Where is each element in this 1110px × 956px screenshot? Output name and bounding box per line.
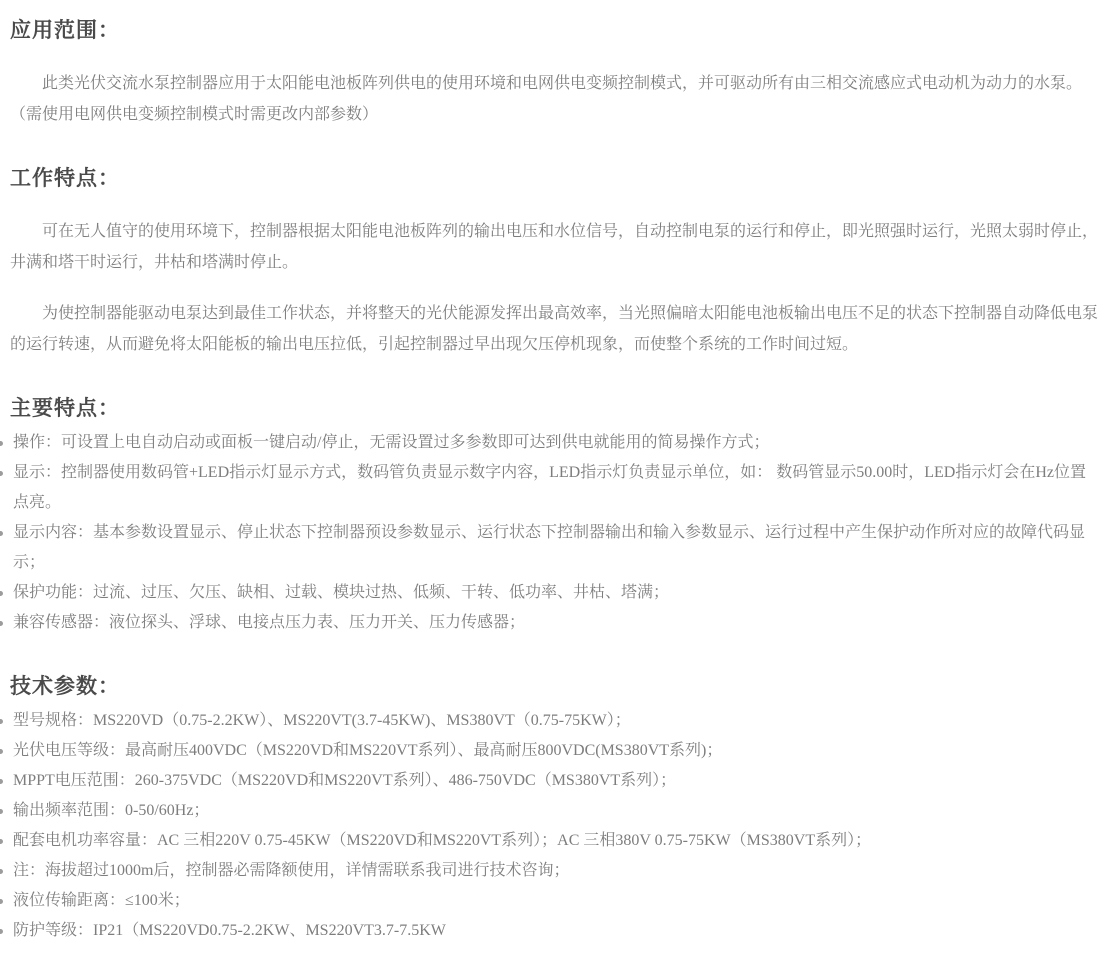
section-technical-parameters: 技术参数：型号规格：MS220VD（0.75-2.2KW）、MS220VT(3.… [0, 672, 1098, 946]
list-item-text: MPPT电压范围：260-375VDC（MS220VD和MS220VT系列）、4… [13, 772, 676, 789]
list-item: 型号规格：MS220VD（0.75-2.2KW）、MS220VT(3.7-45K… [0, 706, 1098, 736]
bullet-list: 操作：可设置上电自动启动或面板一键启动/停止，无需设置过多参数即可达到供电就能用… [0, 428, 1098, 638]
list-item-text: 液位传输距离：≤100米； [13, 892, 190, 909]
list-item: 输出频率范围：0-50/60Hz； [0, 796, 1098, 826]
section-working-characteristics: 工作特点：可在无人值守的使用环境下，控制器根据太阳能电池板阵列的输出电压和水位信… [0, 164, 1098, 360]
list-item: 光伏电压等级：最高耐压400VDC（MS220VD和MS220VT系列）、最高耐… [0, 736, 1098, 766]
list-item-text: 配套电机功率容量：AC 三相220V 0.75-45KW（MS220VD和MS2… [13, 832, 871, 849]
list-item-text: 操作：可设置上电自动启动或面板一键启动/停止，无需设置过多参数即可达到供电就能用… [13, 434, 769, 451]
bullet-list: 型号规格：MS220VD（0.75-2.2KW）、MS220VT(3.7-45K… [0, 706, 1098, 946]
list-item-text: 输出频率范围：0-50/60Hz； [13, 802, 209, 819]
section-main-features: 主要特点：操作：可设置上电自动启动或面板一键启动/停止，无需设置过多参数即可达到… [0, 394, 1098, 638]
bullet-dot-icon [0, 839, 3, 844]
paragraph: 为使控制器能驱动电泵达到最佳工作状态，并将整天的光伏能源发挥出最高效率，当光照偏… [10, 298, 1098, 360]
bullet-dot-icon [0, 531, 3, 536]
section-heading-technical-parameters: 技术参数： [10, 672, 1098, 700]
list-item-text: 注：海拔超过1000m后，控制器必需降额使用，详情需联系我司进行技术咨询； [13, 862, 569, 879]
list-item: 液位传输距离：≤100米； [0, 886, 1098, 916]
bullet-dot-icon [0, 779, 3, 784]
section-heading-working-characteristics: 工作特点： [10, 164, 1098, 192]
list-item-text: 型号规格：MS220VD（0.75-2.2KW）、MS220VT(3.7-45K… [13, 712, 631, 729]
bullet-dot-icon [0, 441, 3, 446]
bullet-dot-icon [0, 621, 3, 626]
bullet-dot-icon [0, 749, 3, 754]
bullet-dot-icon [0, 471, 3, 476]
list-item: MPPT电压范围：260-375VDC（MS220VD和MS220VT系列）、4… [0, 766, 1098, 796]
section-heading-main-features: 主要特点： [10, 394, 1098, 422]
list-item: 兼容传感器：液位探头、浮球、电接点压力表、压力开关、压力传感器； [0, 608, 1098, 638]
bullet-dot-icon [0, 591, 3, 596]
list-item: 配套电机功率容量：AC 三相220V 0.75-45KW（MS220VD和MS2… [0, 826, 1098, 856]
bullet-dot-icon [0, 929, 3, 934]
list-item: 显示：控制器使用数码管+LED指示灯显示方式，数码管负责显示数字内容，LED指示… [0, 458, 1098, 518]
list-item-text: 光伏电压等级：最高耐压400VDC（MS220VD和MS220VT系列）、最高耐… [13, 742, 722, 759]
bullet-dot-icon [0, 899, 3, 904]
paragraph: 可在无人值守的使用环境下，控制器根据太阳能电池板阵列的输出电压和水位信号，自动控… [10, 216, 1098, 278]
document-body: 应用范围：此类光伏交流水泵控制器应用于太阳能电池板阵列供电的使用环境和电网供电变… [0, 0, 1110, 946]
list-item-text: 保护功能：过流、过压、欠压、缺相、过载、模块过热、低频、干转、低功率、井枯、塔满… [13, 584, 669, 601]
list-item: 操作：可设置上电自动启动或面板一键启动/停止，无需设置过多参数即可达到供电就能用… [0, 428, 1098, 458]
bullet-dot-icon [0, 809, 3, 814]
list-item-text: 防护等级：IP21（MS220VD0.75-2.2KW、MS220VT3.7-7… [13, 922, 446, 939]
paragraph: 此类光伏交流水泵控制器应用于太阳能电池板阵列供电的使用环境和电网供电变频控制模式… [10, 68, 1098, 130]
list-item: 注：海拔超过1000m后，控制器必需降额使用，详情需联系我司进行技术咨询； [0, 856, 1098, 886]
section-heading-application-scope: 应用范围： [10, 16, 1098, 44]
section-application-scope: 应用范围：此类光伏交流水泵控制器应用于太阳能电池板阵列供电的使用环境和电网供电变… [0, 16, 1098, 130]
list-item-text: 显示：控制器使用数码管+LED指示灯显示方式，数码管负责显示数字内容，LED指示… [13, 464, 1086, 511]
bullet-dot-icon [0, 869, 3, 874]
list-item: 显示内容：基本参数设置显示、停止状态下控制器预设参数显示、运行状态下控制器输出和… [0, 518, 1098, 578]
list-item: 防护等级：IP21（MS220VD0.75-2.2KW、MS220VT3.7-7… [0, 916, 1098, 946]
bullet-dot-icon [0, 719, 3, 724]
list-item-text: 兼容传感器：液位探头、浮球、电接点压力表、压力开关、压力传感器； [13, 614, 525, 631]
list-item-text: 显示内容：基本参数设置显示、停止状态下控制器预设参数显示、运行状态下控制器输出和… [13, 524, 1085, 571]
list-item: 保护功能：过流、过压、欠压、缺相、过载、模块过热、低频、干转、低功率、井枯、塔满… [0, 578, 1098, 608]
